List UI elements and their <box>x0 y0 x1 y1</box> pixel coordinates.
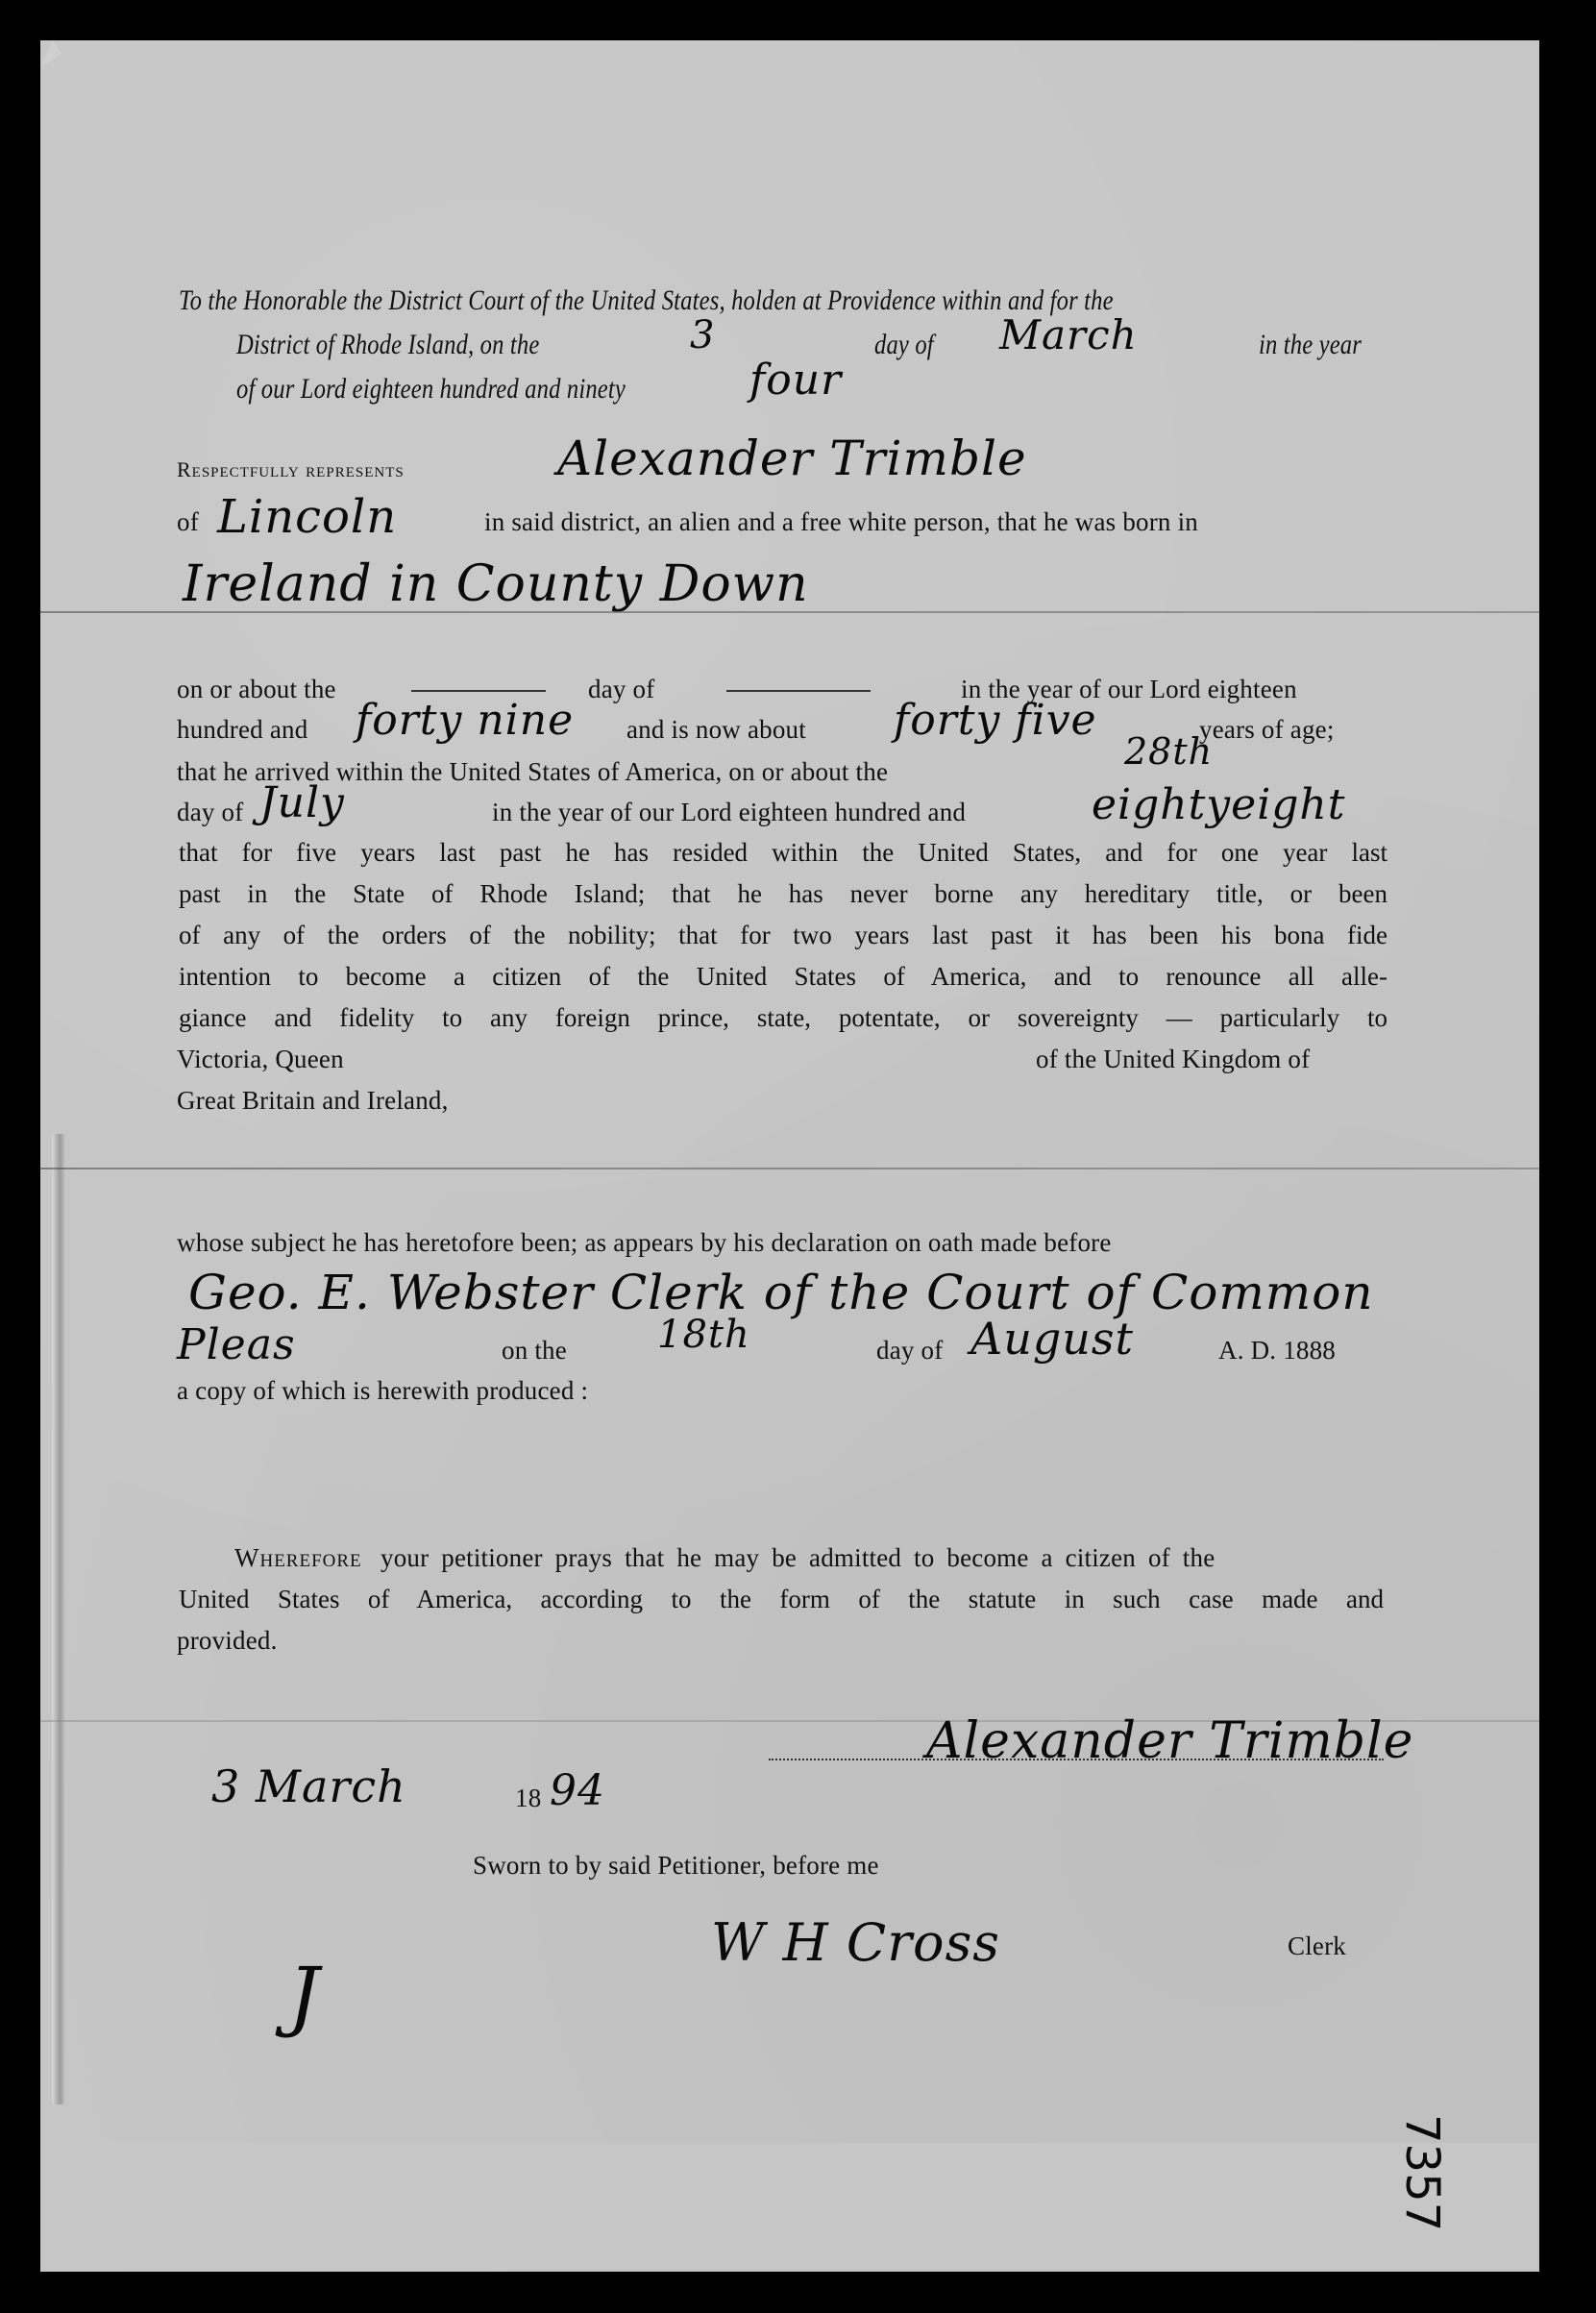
declaration-line-1: whose subject he has heretofore been; as… <box>177 1228 1112 1258</box>
of-label: of <box>177 507 199 537</box>
kingdom-line: Great Britain and Ireland, <box>177 1086 449 1116</box>
prayer-lead: Wherefore <box>234 1543 362 1573</box>
paper-edge <box>52 1134 65 2104</box>
declaration-official-cont: Pleas <box>177 1320 296 1369</box>
handwritten-day: 3 <box>690 313 715 357</box>
body-line: of any of the orders of the nobility; th… <box>179 921 1387 950</box>
header-line-2-day-label: day of <box>874 329 934 361</box>
header-line-2-suffix: in the year <box>1259 329 1362 361</box>
arrival-line-2-middle: in the year of our Lord eighteen hundred… <box>492 798 966 827</box>
copy-line: a copy of which is herewith produced : <box>177 1376 588 1406</box>
body-line: intention to become a citizen of the Uni… <box>179 962 1387 992</box>
year-prefix: 18 <box>515 1784 541 1813</box>
birth-line-2-middle: and is now about <box>626 715 806 745</box>
petitioner-name: Alexander Trimble <box>557 431 1027 486</box>
residence-suffix: in said district, an alien and a free wh… <box>484 507 1198 537</box>
clerk-label: Clerk <box>1288 1932 1346 1961</box>
date-written: 3 March <box>211 1760 406 1812</box>
age-word: forty five <box>894 696 1097 745</box>
represents-label: Respectfully represents <box>177 457 405 482</box>
petitioner-signature: Alexander Trimble <box>926 1712 1413 1770</box>
sworn-text: Sworn to by said Petitioner, before me <box>473 1851 879 1881</box>
on-the-label: on the <box>502 1336 567 1366</box>
birthplace: Ireland in County Down <box>183 555 809 613</box>
prayer-line-1-rest: your petitioner prays that he may be adm… <box>381 1543 1215 1573</box>
blank-day <box>411 690 546 692</box>
header-line-2-prefix: District of Rhode Island, on the <box>236 329 539 361</box>
arrival-line-2-prefix: day of <box>177 798 243 827</box>
document-paper-lower <box>69 2143 1537 2270</box>
body-line: that for five years last past he has res… <box>179 838 1387 868</box>
arrival-year-word: eightyeight <box>1092 780 1345 829</box>
clerk-signature: W H Cross <box>711 1912 1000 1973</box>
margin-mark: J <box>288 1951 320 2040</box>
birth-line-2-suffix: years of age; <box>1199 715 1335 745</box>
handwritten-year-word: four <box>749 356 842 405</box>
body-line: past in the State of Rhode Island; that … <box>179 879 1387 909</box>
birth-line-1-prefix: on or about the <box>177 675 336 704</box>
sovereign-left: Victoria, Queen <box>177 1045 344 1074</box>
blank-month <box>726 690 871 692</box>
year-suffix: 94 <box>550 1766 605 1815</box>
declaration-month: August <box>970 1313 1134 1365</box>
header-line-3-prefix: of our Lord eighteen hundred and ninety <box>236 373 626 406</box>
birth-line-2-prefix: hundred and <box>177 715 307 745</box>
day-of-label: day of <box>876 1336 943 1366</box>
header-line-1: To the Honorable the District Court of t… <box>179 284 1114 317</box>
prayer-line-2: United States of America, according to t… <box>179 1585 1384 1614</box>
declaration-official: Geo. E. Webster Clerk of the Court of Co… <box>188 1265 1374 1320</box>
ad-year-label: A. D. 1888 <box>1218 1336 1336 1366</box>
arrival-day: 28th <box>1124 730 1213 773</box>
catalog-number: 7357 <box>1395 2114 1449 2231</box>
declaration-day: 18th <box>657 1313 750 1357</box>
body-line: giance and fidelity to any foreign princ… <box>179 1003 1387 1033</box>
sovereign-right: of the United Kingdom of <box>1036 1045 1310 1074</box>
signature-line <box>769 1759 1384 1760</box>
residence: Lincoln <box>217 490 397 544</box>
handwritten-month: March <box>999 311 1138 358</box>
fold-line <box>40 1168 1539 1169</box>
prayer-line-3: provided. <box>177 1626 278 1656</box>
birth-year-word: forty nine <box>356 696 574 745</box>
arrival-month: July <box>259 778 345 827</box>
birth-line-1-day-label: day of <box>588 675 654 704</box>
